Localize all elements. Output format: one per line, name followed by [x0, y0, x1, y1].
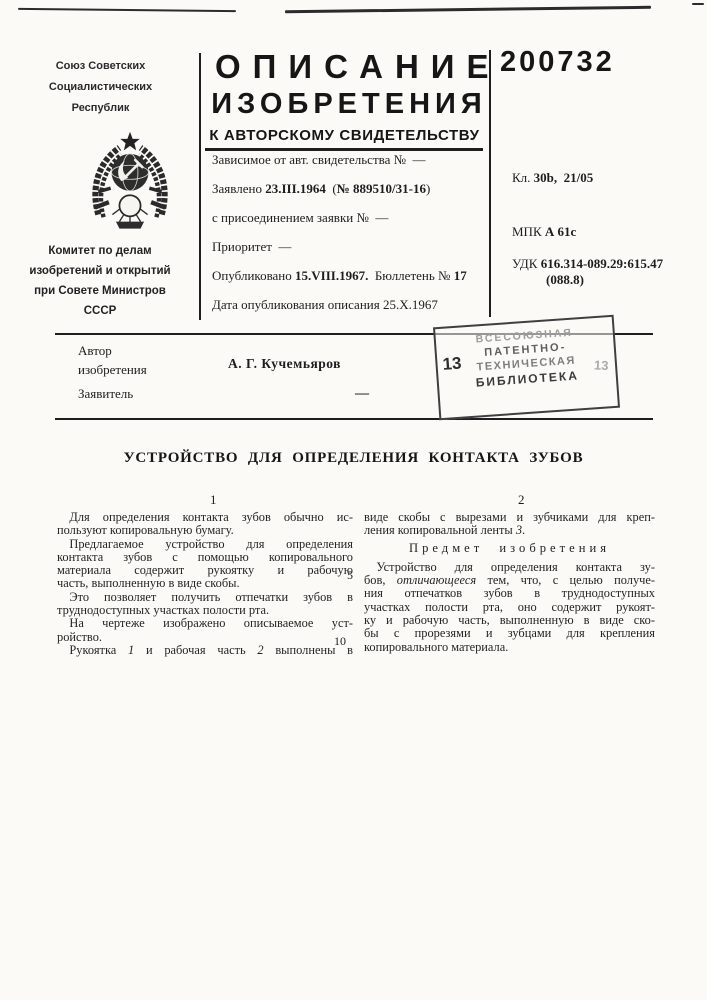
- patent-document-page: Союз Советских Социалистических Республи…: [0, 0, 707, 1000]
- bibliographic-field: с присоединением заявки № —: [212, 210, 484, 225]
- text-line: часть, выполненную в виде скобы.: [57, 577, 353, 590]
- text-line: пользуют копировальную бумагу.: [57, 524, 353, 537]
- text-line: ку и рабочую часть, выполненную в виде с…: [364, 614, 655, 627]
- udk-code-cont: (088.8): [546, 272, 584, 288]
- library-stamp: ВСЕСОЮЗНАЯ ПАТЕНТНО- ТЕХНИЧЕСКАЯ БИБЛИОТ…: [433, 315, 620, 420]
- text-line: копировального материала.: [364, 641, 655, 654]
- text-line: ния отпечатков зубов в труднодоступных: [364, 587, 655, 600]
- udk-code: УДК 616.314-089.29:615.47: [512, 256, 663, 272]
- scan-artifact-line-right: [285, 6, 651, 13]
- text-line: контакта зубов с помощью копировального: [57, 551, 353, 564]
- author-name: А. Г. Кучемьяров: [228, 356, 341, 372]
- right-column-claims: Устройство для определения контакта зу-б…: [364, 561, 655, 654]
- text-line: ления копировальной ленты 3.: [364, 524, 655, 537]
- text-line: бы с прорезями и зубцами для крепления: [364, 627, 655, 640]
- text-line: Для определения контакта зубов обычно ис…: [57, 511, 353, 524]
- subtitle-underline: [205, 148, 483, 151]
- scan-artifact-line-left: [18, 8, 236, 12]
- body-left-column: Для определения контакта зубов обычно ис…: [57, 511, 353, 657]
- column-marker-1: 1: [210, 492, 217, 508]
- bibliographic-field: Опубликовано 15.VIII.1967. Бюллетень № 1…: [212, 268, 484, 283]
- author-section-bottom-rule: [55, 418, 653, 420]
- applicant-value: —: [350, 386, 374, 402]
- bibliographic-field: Заявлено 23.III.1964 (№ 889510/31-16): [212, 181, 484, 196]
- bibliographic-field: Приоритет —: [212, 239, 484, 254]
- body-right-column: виде скобы с вырезами и зубчиками для кр…: [364, 511, 655, 654]
- invention-title: УСТРОЙСТВО ДЛЯ ОПРЕДЕЛЕНИЯ КОНТАКТА ЗУБО…: [0, 450, 707, 467]
- text-line: ройство.: [57, 631, 353, 644]
- scan-artifact-mark: [692, 3, 704, 5]
- text-line: участках полости рта, оно содержит рукоя…: [364, 601, 655, 614]
- bibliographic-field: Дата опубликования описания 25.X.1967: [212, 297, 484, 312]
- doc-type-line1: ОПИСАНИЕ: [203, 48, 490, 86]
- bibliographic-fields: Зависимое от авт. свидетельства № —Заявл…: [212, 152, 484, 326]
- text-line: материала содержит рукоятку и рабочую: [57, 564, 353, 577]
- class-code: Кл. 30b, 21/05: [512, 170, 593, 186]
- column-marker-2: 2: [518, 492, 525, 508]
- text-line: Рукоятка 1 и рабочая часть 2 выполнены в: [57, 644, 353, 657]
- text-line: бов, отличающееся тем, что, с целью полу…: [364, 574, 655, 587]
- patent-number: 200732: [500, 46, 615, 79]
- header-divider-left: [199, 53, 201, 320]
- author-label: Автор изобретения: [78, 341, 147, 379]
- union-name: Союз Советских Социалистических Республи…: [18, 56, 183, 119]
- text-line: Предлагаемое устройство для определения: [57, 538, 353, 551]
- line-number-5: 5: [347, 568, 353, 583]
- text-line: Это позволяет получить отпечатки зубов в: [57, 591, 353, 604]
- claims-heading: Предмет изобретения: [364, 542, 655, 555]
- mpk-code: МПК А 61с: [512, 224, 576, 240]
- ussr-emblem-icon: [86, 130, 174, 234]
- text-line: труднодоступных участках полости рта.: [57, 604, 353, 617]
- line-number-10: 10: [334, 634, 346, 649]
- text-line: виде скобы с вырезами и зубчиками для кр…: [364, 511, 655, 524]
- stamp-number-right: 13: [593, 357, 608, 373]
- doc-subtitle: К АВТОРСКОМУ СВИДЕТЕЛЬСТВУ: [203, 127, 486, 144]
- bibliographic-field: Зависимое от авт. свидетельства № —: [212, 152, 484, 167]
- right-column-intro: виде скобы с вырезами и зубчиками для кр…: [364, 511, 655, 538]
- text-line: Устройство для определения контакта зу-: [364, 561, 655, 574]
- text-line: На чертеже изображено описываемое уст-: [57, 617, 353, 630]
- committee-name: Комитет по делам изобретений и открытий …: [6, 241, 194, 321]
- doc-type-line2: ИЗОБРЕТЕНИЯ: [203, 88, 490, 121]
- applicant-label: Заявитель: [78, 386, 133, 402]
- stamp-number-left: 13: [442, 354, 462, 375]
